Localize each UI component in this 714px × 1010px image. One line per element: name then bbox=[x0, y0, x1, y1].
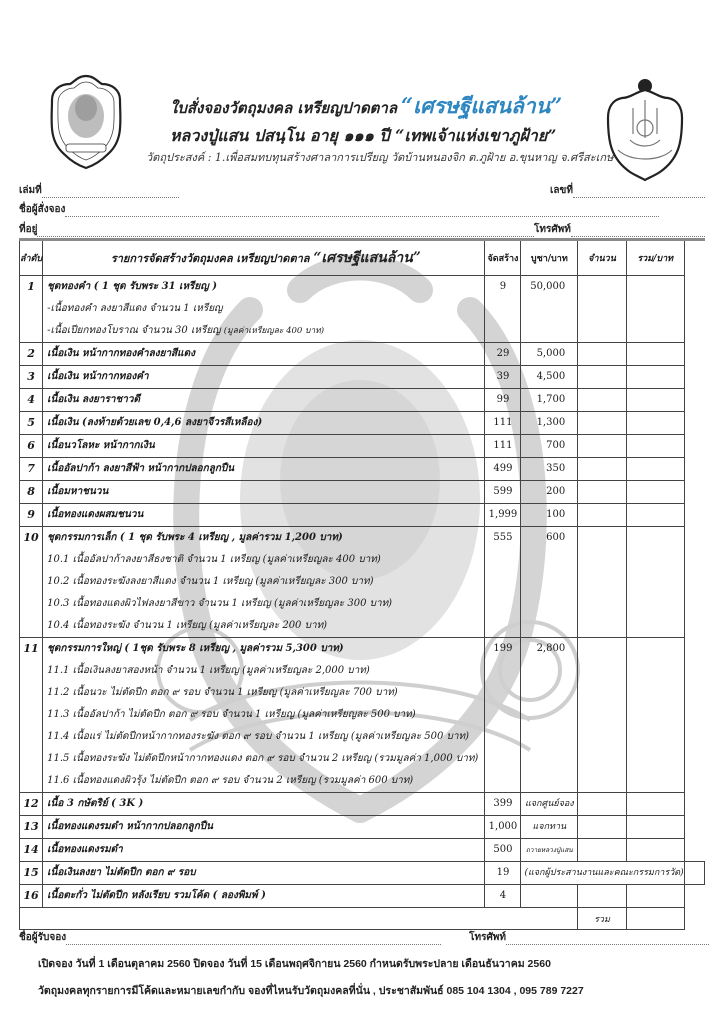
header-amount: จำนวน bbox=[578, 240, 627, 276]
quantity-value: 500 bbox=[485, 839, 520, 861]
row-number: 1 bbox=[20, 276, 43, 343]
phone-field[interactable]: โทรศัพท์ bbox=[534, 222, 705, 237]
quantity-value: 9 bbox=[485, 276, 520, 298]
receiver-row: ชื่อผู้รับจอง โทรศัพท์ bbox=[19, 930, 709, 945]
row-number-text: 5 bbox=[20, 412, 42, 434]
table-row: 16เนื้อตะกั่ว ไม่ตัดปีก หลังเรียบ รวมโค้… bbox=[20, 885, 705, 908]
row-description: เนื้อทองแดงผสมชนวน bbox=[43, 504, 485, 527]
row-number-text: 6 bbox=[20, 435, 42, 457]
item-line-text: ชุดกรรมการใหญ่ ( 1ชุด รับพระ 8 เหรียญ , … bbox=[47, 643, 343, 654]
item-set-title: ชุดกรรมการใหญ่ ( 1ชุด รับพระ 8 เหรียญ , … bbox=[47, 638, 484, 660]
table-row: 1ชุดทองคำ ( 1 ชุด รับพระ 31 เหรียญ )-เนื… bbox=[20, 276, 705, 343]
book-number-label: เล่มที่ bbox=[19, 183, 42, 198]
table-row: 4เนื้อเงิน ลงยาราชาวดี991,700 bbox=[20, 389, 705, 412]
row-quantity: 1,000 bbox=[485, 816, 521, 839]
row-number: 7 bbox=[20, 458, 43, 481]
item-line-text: 11.6 เนื้อทองแดงผิวรุ้ง ไม่ตัดปีก ตอก ๙ … bbox=[47, 775, 413, 786]
row-description: เนื้อเงินลงยา ไม่ตัดปีก ตอก ๙ รอบ bbox=[43, 862, 485, 885]
row-number-text: 9 bbox=[20, 504, 42, 526]
row-price: 600 bbox=[521, 527, 578, 638]
row-number: 2 bbox=[20, 343, 43, 366]
row-amount-input[interactable] bbox=[578, 504, 627, 527]
row-amount-input[interactable] bbox=[578, 343, 627, 366]
address-input[interactable] bbox=[37, 228, 534, 237]
quantity-value: 199 bbox=[485, 638, 520, 660]
sum-row-blank bbox=[20, 908, 578, 930]
serial-number-input[interactable] bbox=[573, 189, 705, 198]
row-total-input[interactable] bbox=[626, 885, 684, 908]
row-number-text: 1 bbox=[20, 276, 42, 298]
quantity-value: 99 bbox=[485, 389, 520, 411]
row-quantity: 39 bbox=[485, 366, 521, 389]
row-total-input[interactable] bbox=[626, 343, 684, 366]
price-value: 700 bbox=[521, 435, 565, 457]
row-number-text: 8 bbox=[20, 481, 42, 503]
item-description: เนื้อทองแดงผสมชนวน bbox=[47, 504, 484, 525]
row-quantity: 500 bbox=[485, 839, 521, 862]
book-number-input[interactable] bbox=[42, 189, 179, 198]
row-number: 6 bbox=[20, 435, 43, 458]
item-line-text: 11.2 เนื้อนวะ ไม่ตัดปีก ตอก ๙ รอบ จำนวน … bbox=[47, 687, 398, 698]
row-quantity: 19 bbox=[485, 862, 521, 885]
document-purpose: วัตถุประสงค์ : 1.เพื่อสมทบทุนสร้างศาลากา… bbox=[146, 148, 613, 166]
header-description-highlight: “เศรษฐีแสนล้าน” bbox=[313, 250, 420, 266]
item-line-text: 11.5 เนื้อทองระฆัง ไม่ตัดปีกหน้ากากทองแด… bbox=[47, 753, 478, 764]
row-quantity: 111 bbox=[485, 412, 521, 435]
row-description: เนื้อเงิน หน้ากากทองคำ bbox=[43, 366, 485, 389]
quantity-value: 19 bbox=[485, 862, 520, 884]
row-price bbox=[521, 885, 578, 908]
table-row: 10ชุดกรรมการเล็ก ( 1 ชุด รับพระ 4 เหรียญ… bbox=[20, 527, 705, 638]
row-price: 100 bbox=[521, 504, 578, 527]
item-description: เนื้อเงินลงยา ไม่ตัดปีก ตอก ๙ รอบ bbox=[47, 862, 484, 883]
row-quantity: 111 bbox=[485, 435, 521, 458]
item-sub-line: 10.1 เนื้ออัลปาก้าลงยาสีธงชาติ จำนวน 1 เ… bbox=[47, 549, 484, 571]
table-row: 15เนื้อเงินลงยา ไม่ตัดปีก ตอก ๙ รอบ19(แจ… bbox=[20, 862, 705, 885]
row-total-input[interactable] bbox=[626, 481, 684, 504]
row-total-input[interactable] bbox=[626, 435, 684, 458]
table-row: 9เนื้อทองแดงผสมชนวน1,999100 bbox=[20, 504, 705, 527]
price-value: 4,500 bbox=[521, 366, 565, 388]
row-total-input[interactable] bbox=[626, 412, 684, 435]
row-number-text: 16 bbox=[20, 885, 42, 907]
orderer-name-label: ชื่อผู้สั่งจอง bbox=[19, 202, 65, 217]
row-price: 2,800 bbox=[521, 638, 578, 793]
table-row: 2เนื้อเงิน หน้ากากทองคำลงยาสีแดง295,000 bbox=[20, 343, 705, 366]
item-sub-line: 10.3 เนื้อทองแดงผิวไฟลงยาสีขาว จำนวน 1 เ… bbox=[47, 593, 484, 615]
row-amount-input[interactable] bbox=[578, 816, 627, 839]
row-total-input[interactable] bbox=[626, 504, 684, 527]
item-sub-line: -เนื้อทองคำ ลงยาสีแดง จำนวน 1 เหรียญ bbox=[47, 298, 484, 320]
phone-input[interactable] bbox=[571, 228, 705, 237]
row-number: 10 bbox=[20, 527, 43, 638]
price-value: 2,800 bbox=[521, 638, 565, 660]
item-line-text: 11.4 เนื้อแร่ ไม่ตัดปีกหน้ากากทองระฆัง ต… bbox=[47, 731, 469, 742]
row-quantity: 1,999 bbox=[485, 504, 521, 527]
row-quantity: 399 bbox=[485, 793, 521, 816]
table-row: 3เนื้อเงิน หน้ากากทองคำ394,500 bbox=[20, 366, 705, 389]
row-number-text: 7 bbox=[20, 458, 42, 480]
row-amount-input[interactable] bbox=[578, 458, 627, 481]
row-number-text: 15 bbox=[20, 862, 42, 884]
table-row: 8เนื้อมหาชนวน599200 bbox=[20, 481, 705, 504]
table-row: 13เนื้อทองแดงรมดำ หน้ากากปลอกลูกปืน1,000… bbox=[20, 816, 705, 839]
item-description: เนื้อ 3 กษัตริย์ ( 3K ) bbox=[47, 793, 484, 814]
book-number-field[interactable]: เล่มที่ bbox=[19, 183, 179, 198]
item-description: เนื้อเงิน หน้ากากทองคำ bbox=[47, 366, 484, 387]
row-price: 5,000 bbox=[521, 343, 578, 366]
row-number: 14 bbox=[20, 839, 43, 862]
item-description: เนื้อทองแดงรมดำ bbox=[47, 839, 484, 860]
item-line-text: 10.4 เนื้อทองระฆัง จำนวน 1 เหรียญ (มูลค่… bbox=[47, 620, 327, 631]
price-value: 600 bbox=[521, 527, 565, 549]
row-description: เนื้อตะกั่ว ไม่ตัดปีก หลังเรียบ รวมโค้ด … bbox=[43, 885, 485, 908]
row-amount-input[interactable] bbox=[578, 839, 627, 862]
row-quantity: 555 bbox=[485, 527, 521, 638]
orderer-name-input[interactable] bbox=[65, 208, 659, 217]
header-total: รวม/บาท bbox=[626, 240, 684, 276]
item-line-text: ชุดทองคำ ( 1 ชุด รับพระ 31 เหรียญ ) bbox=[47, 281, 217, 292]
row-price: 50,000 bbox=[521, 276, 578, 343]
receiver-label: ชื่อผู้รับจอง bbox=[19, 930, 66, 945]
row-number-text: 10 bbox=[20, 527, 42, 549]
row-description: เนื้อทองแดงรมดำ bbox=[43, 839, 485, 862]
row-price-note: ถวายหลวงปู่แสน bbox=[521, 839, 578, 862]
row-price: 4,500 bbox=[521, 366, 578, 389]
quantity-value: 399 bbox=[485, 793, 520, 815]
row-quantity: 499 bbox=[485, 458, 521, 481]
table-row: 11ชุดกรรมการใหญ่ ( 1ชุด รับพระ 8 เหรียญ … bbox=[20, 638, 705, 793]
row-price: 700 bbox=[521, 435, 578, 458]
item-sub-line: 11.3 เนื้ออัลปาก้า ไม่ตัดปีก ตอก ๙ รอบ จ… bbox=[47, 704, 484, 726]
row-number: 15 bbox=[20, 862, 43, 885]
row-number-text: 11 bbox=[20, 638, 42, 660]
title-prefix: ใบสั่งจองวัตถุมงคล เหรียญปาดตาล bbox=[170, 99, 397, 117]
item-sub-line: 11.1 เนื้อเงินลงยาสองหน้า จำนวน 1 เหรียญ… bbox=[47, 660, 484, 682]
row-total-input[interactable] bbox=[626, 638, 684, 793]
row-number: 13 bbox=[20, 816, 43, 839]
quantity-value: 4 bbox=[485, 885, 520, 907]
row-number: 12 bbox=[20, 793, 43, 816]
item-sub-line: 11.4 เนื้อแร่ ไม่ตัดปีกหน้ากากทองระฆัง ต… bbox=[47, 726, 484, 748]
row-quantity: 599 bbox=[485, 481, 521, 504]
table-row: 5เนื้อเงิน (ลงท้ายด้วยเลข 0,4,6 ลงยาจีวร… bbox=[20, 412, 705, 435]
serial-number-label: เลขที่ bbox=[550, 183, 573, 198]
table-row: 7เนื้ออัลปาก้า ลงยาสีฟ้า หน้ากากปลอกลูกป… bbox=[20, 458, 705, 481]
distribution-note-text: (แจกผู้ประสานงานและคณะกรรมการวัด) bbox=[524, 862, 683, 884]
row-description: เนื้อ 3 กษัตริย์ ( 3K ) bbox=[43, 793, 485, 816]
grand-total-input[interactable] bbox=[626, 908, 684, 930]
item-sub-line: 10.2 เนื้อทองระฆังลงยาสีแดง จำนวน 1 เหรี… bbox=[47, 571, 484, 593]
row-description: เนื้อนวโลหะ หน้ากากเงิน bbox=[43, 435, 485, 458]
item-description: เนื้อทองแดงรมดำ หน้ากากปลอกลูกปืน bbox=[47, 816, 484, 837]
row-number-text: 14 bbox=[20, 839, 42, 861]
address-field[interactable]: ที่อยู่ bbox=[19, 222, 534, 237]
row-description: ชุดกรรมการเล็ก ( 1 ชุด รับพระ 4 เหรียญ ,… bbox=[43, 527, 485, 638]
item-sub-line: 11.6 เนื้อทองแดงผิวรุ้ง ไม่ตัดปีก ตอก ๙ … bbox=[47, 770, 484, 792]
sum-row: รวม bbox=[20, 908, 705, 930]
quantity-value: 111 bbox=[485, 435, 520, 457]
row-amount-input[interactable] bbox=[578, 276, 627, 343]
item-sub-line: 11.2 เนื้อนวะ ไม่ตัดปีก ตอก ๙ รอบ จำนวน … bbox=[47, 682, 484, 704]
header-description-prefix: รายการจัดสร้างวัตถุมงคล เหรียญปาดตาล bbox=[111, 252, 310, 265]
price-value: 1,300 bbox=[521, 412, 565, 434]
row-description: เนื้อทองแดงรมดำ หน้ากากปลอกลูกปืน bbox=[43, 816, 485, 839]
header-no: ลำดับ bbox=[20, 240, 43, 276]
row-amount-input[interactable] bbox=[578, 389, 627, 412]
row-quantity: 29 bbox=[485, 343, 521, 366]
row-amount-input[interactable] bbox=[578, 366, 627, 389]
table-row: 6เนื้อนวโลหะ หน้ากากเงิน111700 bbox=[20, 435, 705, 458]
item-line-text: 11.3 เนื้ออัลปาก้า ไม่ตัดปีก ตอก ๙ รอบ จ… bbox=[47, 709, 416, 720]
row-total-input[interactable] bbox=[684, 862, 704, 885]
row-number-text: 4 bbox=[20, 389, 42, 411]
item-sub-line: 10.4 เนื้อทองระฆัง จำนวน 1 เหรียญ (มูลค่… bbox=[47, 615, 484, 637]
orderer-name-field[interactable]: ชื่อผู้สั่งจอง bbox=[19, 202, 659, 217]
item-line-text: 10.3 เนื้อทองแดงผิวไฟลงยาสีขาว จำนวน 1 เ… bbox=[47, 598, 392, 609]
row-number-text: 12 bbox=[20, 793, 42, 815]
row-description: เนื้ออัลปาก้า ลงยาสีฟ้า หน้ากากปลอกลูกปื… bbox=[43, 458, 485, 481]
address-label: ที่อยู่ bbox=[19, 222, 37, 237]
receiver-input[interactable] bbox=[66, 936, 441, 945]
quantity-value: 555 bbox=[485, 527, 520, 549]
row-total-input[interactable] bbox=[626, 366, 684, 389]
quantity-value: 39 bbox=[485, 366, 520, 388]
quantity-value: 111 bbox=[485, 412, 520, 434]
row-amount-input[interactable] bbox=[578, 885, 627, 908]
quantity-value: 29 bbox=[485, 343, 520, 365]
footer: ชื่อผู้รับจอง โทรศัพท์ เปิดจอง วันที่ 1 … bbox=[19, 930, 709, 999]
row-total-input[interactable] bbox=[626, 839, 684, 862]
row-price: 1,300 bbox=[521, 412, 578, 435]
row-amount-input[interactable] bbox=[578, 638, 627, 793]
header-quantity: จัดสร้าง bbox=[485, 240, 521, 276]
row-number: 4 bbox=[20, 389, 43, 412]
monk-portrait-logo bbox=[44, 70, 128, 170]
row-total-input[interactable] bbox=[626, 793, 684, 816]
contact-info: วัตถุมงคลทุกรายการมีโค้ดและหมายเลขกำกับ … bbox=[38, 982, 709, 999]
row-quantity: 9 bbox=[485, 276, 521, 343]
quantity-value: 499 bbox=[485, 458, 520, 480]
receiver-phone-label: โทรศัพท์ bbox=[469, 930, 506, 945]
row-price: 200 bbox=[521, 481, 578, 504]
item-description: เนื้อเงิน (ลงท้ายด้วยเลข 0,4,6 ลงยาจีวรส… bbox=[47, 412, 484, 433]
title-highlight: “เศรษฐีแสนล้าน” bbox=[401, 93, 562, 118]
price-value: 50,000 bbox=[521, 276, 565, 298]
table-row: 12เนื้อ 3 กษัตริย์ ( 3K )399แจกศูนย์จอง bbox=[20, 793, 705, 816]
price-value: 1,700 bbox=[521, 389, 565, 411]
item-description: เนื้อเงิน หน้ากากทองคำลงยาสีแดง bbox=[47, 343, 484, 364]
row-amount-input[interactable] bbox=[578, 435, 627, 458]
row-quantity: 99 bbox=[485, 389, 521, 412]
row-total-input[interactable] bbox=[626, 527, 684, 638]
row-amount-input[interactable] bbox=[578, 412, 627, 435]
distribution-note: (แจกผู้ประสานงานและคณะกรรมการวัด) bbox=[521, 862, 684, 885]
row-number-text: 13 bbox=[20, 816, 42, 838]
row-price: 350 bbox=[521, 458, 578, 481]
row-description: เนื้อเงิน (ลงท้ายด้วยเลข 0,4,6 ลงยาจีวรส… bbox=[43, 412, 485, 435]
row-number: 16 bbox=[20, 885, 43, 908]
item-price-note: (มูลค่าเหรียญละ 400 บาท) bbox=[224, 326, 324, 336]
item-description: เนื้อนวโลหะ หน้ากากเงิน bbox=[47, 435, 484, 456]
item-line-text: -เนื้อทองคำ ลงยาสีแดง จำนวน 1 เหรียญ bbox=[47, 303, 222, 314]
document-subtitle: หลวงปู่แสน ปสนฺโน อายุ ๑๑๑ ปี “เทพเจ้าแห… bbox=[170, 124, 556, 149]
row-number: 5 bbox=[20, 412, 43, 435]
row-number-text: 2 bbox=[20, 343, 42, 365]
item-line-text: ชุดกรรมการเล็ก ( 1 ชุด รับพระ 4 เหรียญ ,… bbox=[47, 532, 343, 543]
item-description: เนื้อเงิน ลงยาราชาวดี bbox=[47, 389, 484, 410]
price-value: 100 bbox=[521, 504, 565, 526]
row-amount-input[interactable] bbox=[578, 527, 627, 638]
booking-schedule: เปิดจอง วันที่ 1 เดือนตุลาคม 2560 ปิดจอง… bbox=[38, 955, 709, 972]
row-quantity: 4 bbox=[485, 885, 521, 908]
header-description: รายการจัดสร้างวัตถุมงคล เหรียญปาดตาล “เศ… bbox=[43, 240, 485, 276]
item-description: เนื้อมหาชนวน bbox=[47, 481, 484, 502]
price-note-text: แจกศูนย์จอง bbox=[521, 793, 577, 815]
row-number: 3 bbox=[20, 366, 43, 389]
serial-number-field[interactable]: เลขที่ bbox=[550, 183, 705, 198]
row-number-text: 3 bbox=[20, 366, 42, 388]
item-set-title: ชุดกรรมการเล็ก ( 1 ชุด รับพระ 4 เหรียญ ,… bbox=[47, 527, 484, 549]
row-description: เนื้อมหาชนวน bbox=[43, 481, 485, 504]
document-title: ใบสั่งจองวัตถุมงคล เหรียญปาดตาล“เศรษฐีแส… bbox=[170, 90, 562, 123]
item-set-title: ชุดทองคำ ( 1 ชุด รับพระ 31 เหรียญ ) bbox=[47, 276, 484, 298]
row-description: ชุดทองคำ ( 1 ชุด รับพระ 31 เหรียญ )-เนื้… bbox=[43, 276, 485, 343]
row-description: เนื้อเงิน หน้ากากทองคำลงยาสีแดง bbox=[43, 343, 485, 366]
row-number: 8 bbox=[20, 481, 43, 504]
receiver-phone-input[interactable] bbox=[506, 936, 709, 945]
row-price: 1,700 bbox=[521, 389, 578, 412]
header-price: บูชา/บาท bbox=[521, 240, 578, 276]
row-description: ชุดกรรมการใหญ่ ( 1ชุด รับพระ 8 เหรียญ , … bbox=[43, 638, 485, 793]
table-row: 14เนื้อทองแดงรมดำ500ถวายหลวงปู่แสน bbox=[20, 839, 705, 862]
price-value: 350 bbox=[521, 458, 565, 480]
temple-emblem-logo bbox=[600, 78, 690, 182]
row-total-input[interactable] bbox=[626, 458, 684, 481]
price-note-text: ถวายหลวงปู่แสน bbox=[521, 839, 577, 861]
quantity-value: 599 bbox=[485, 481, 520, 503]
price-value: 200 bbox=[521, 481, 565, 503]
row-price-note: แจกทาน bbox=[521, 816, 578, 839]
item-line-text: 10.2 เนื้อทองระฆังลงยาสีแดง จำนวน 1 เหรี… bbox=[47, 576, 373, 587]
row-total-input[interactable] bbox=[626, 816, 684, 839]
item-sub-line: -เนื้อเปียกทองโบราณ จำนวน 30 เหรียญ(มูลค… bbox=[47, 320, 484, 342]
price-note-text: แจกทาน bbox=[521, 816, 577, 838]
item-sub-line: 11.5 เนื้อทองระฆัง ไม่ตัดปีกหน้ากากทองแด… bbox=[47, 748, 484, 770]
order-table-body: 1ชุดทองคำ ( 1 ชุด รับพระ 31 เหรียญ )-เนื… bbox=[20, 276, 705, 930]
item-line-text: 11.1 เนื้อเงินลงยาสองหน้า จำนวน 1 เหรียญ… bbox=[47, 665, 370, 676]
item-line-text: 10.1 เนื้ออัลปาก้าลงยาสีธงชาติ จำนวน 1 เ… bbox=[47, 554, 381, 565]
row-number: 11 bbox=[20, 638, 43, 793]
row-amount-input[interactable] bbox=[578, 481, 627, 504]
row-price-note: แจกศูนย์จอง bbox=[521, 793, 578, 816]
item-description: เนื้อตะกั่ว ไม่ตัดปีก หลังเรียบ รวมโค้ด … bbox=[47, 885, 484, 906]
quantity-value: 1,000 bbox=[485, 816, 520, 838]
price-value: 5,000 bbox=[521, 343, 565, 365]
row-total-input[interactable] bbox=[626, 389, 684, 412]
phone-label: โทรศัพท์ bbox=[534, 222, 571, 237]
row-quantity: 199 bbox=[485, 638, 521, 793]
quantity-value: 1,999 bbox=[485, 504, 520, 526]
item-line-text: -เนื้อเปียกทองโบราณ จำนวน 30 เหรียญ bbox=[47, 325, 221, 336]
row-description: เนื้อเงิน ลงยาราชาวดี bbox=[43, 389, 485, 412]
item-description: เนื้ออัลปาก้า ลงยาสีฟ้า หน้ากากปลอกลูกปื… bbox=[47, 458, 484, 479]
order-table: ลำดับ รายการจัดสร้างวัตถุมงคล เหรียญปาดต… bbox=[19, 238, 705, 930]
table-header-row: ลำดับ รายการจัดสร้างวัตถุมงคล เหรียญปาดต… bbox=[20, 240, 705, 276]
row-amount-input[interactable] bbox=[578, 793, 627, 816]
row-number: 9 bbox=[20, 504, 43, 527]
row-total-input[interactable] bbox=[626, 276, 684, 343]
sum-label: รวม bbox=[578, 908, 627, 930]
